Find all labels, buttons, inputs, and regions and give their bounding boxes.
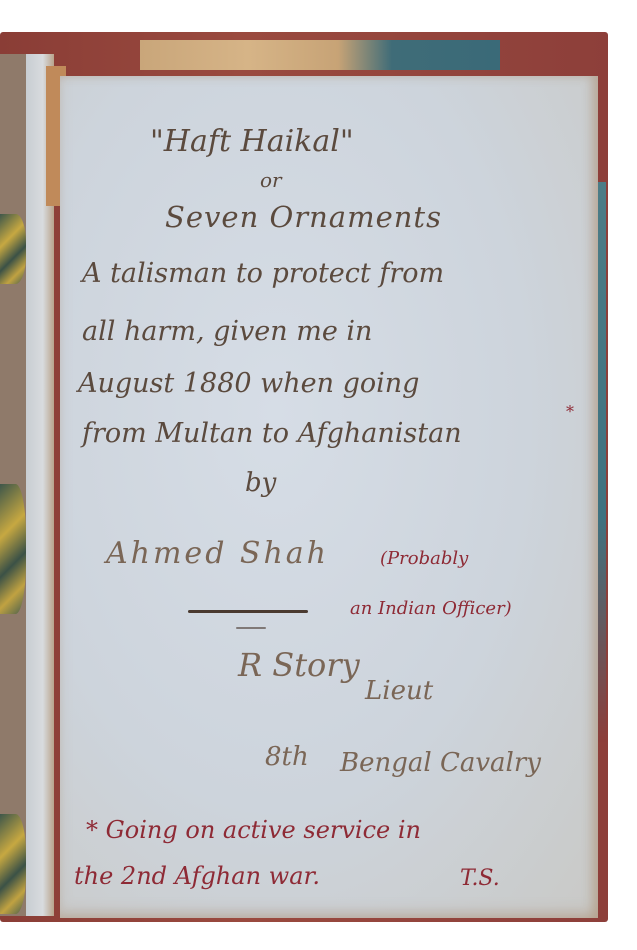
inscription-line: from Multan to Afghanistan <box>82 418 462 449</box>
marble-swirl <box>0 484 26 614</box>
cover-edge-strip <box>598 182 606 742</box>
giver-note-line2: an Indian Officer) <box>350 598 512 619</box>
underline <box>188 610 308 613</box>
or-text: or <box>260 168 282 192</box>
inscribed-page: "Haft Haikal" or Seven Ornaments A talis… <box>60 76 598 918</box>
footnote-initials: T.S. <box>460 866 500 891</box>
giver-note-line1: (Probably <box>380 548 468 569</box>
inscription-line: A talisman to protect from <box>82 258 444 289</box>
subtitle-text: Seven Ornaments <box>165 200 442 234</box>
inscription-line: all harm, given me in <box>82 316 372 347</box>
signature: R Story <box>238 646 360 684</box>
rank-text: Lieut <box>365 676 433 706</box>
footnote-line2: the 2nd Afghan war. <box>74 862 320 890</box>
underline-short <box>236 627 266 629</box>
cover-paper-patch <box>140 40 500 70</box>
marbled-endpaper <box>0 54 28 916</box>
by-text: by <box>245 468 276 498</box>
regiment-text: Bengal Cavalry <box>340 748 541 778</box>
regiment-ordinal: 8th <box>265 742 309 772</box>
giver-name: Ahmed Shah <box>106 536 329 571</box>
title-text: "Haft Haikal" <box>150 124 354 159</box>
marble-swirl <box>0 214 26 284</box>
footnote-line1: * Going on active service in <box>86 816 421 844</box>
inscription-line: August 1880 when going <box>78 368 419 399</box>
marble-swirl <box>0 814 26 914</box>
asterisk-mark: * <box>566 402 574 421</box>
book: "Haft Haikal" or Seven Ornaments A talis… <box>0 32 608 922</box>
